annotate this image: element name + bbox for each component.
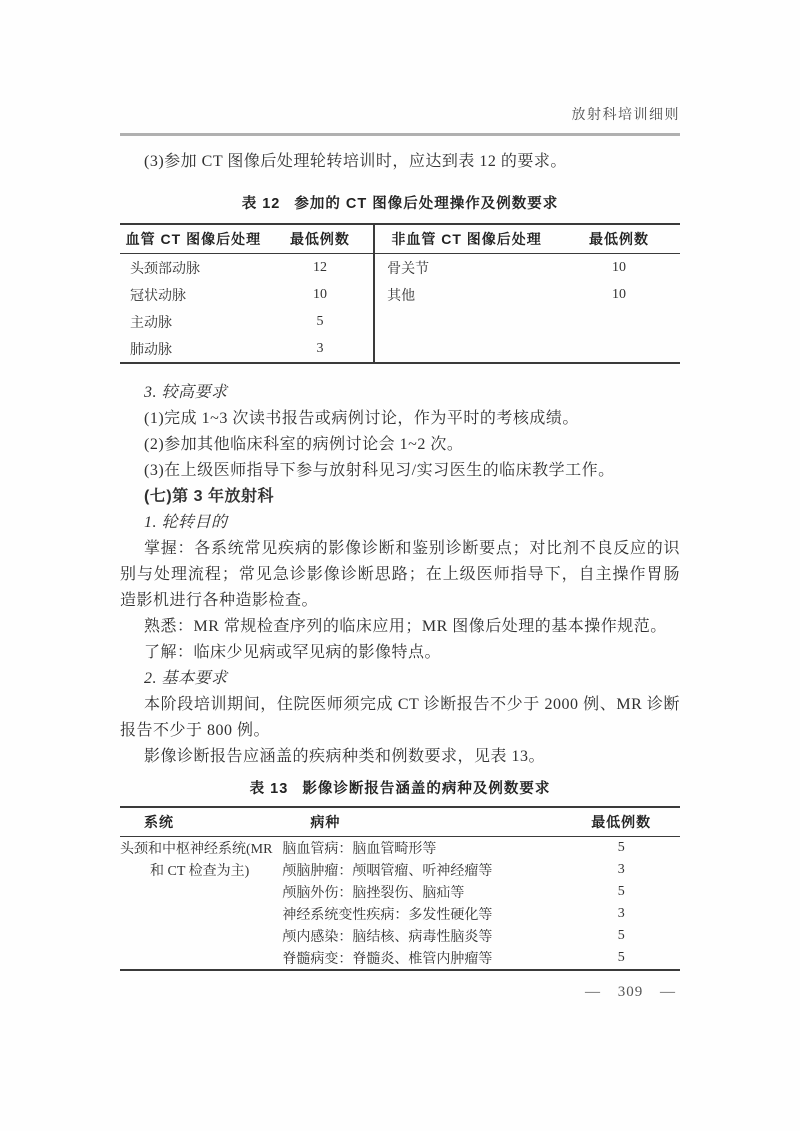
table12-right-header-name: 非血管 CT 图像后处理	[375, 229, 558, 249]
heading-higher-requirements: 3. 较高要求	[120, 380, 680, 406]
row-count: 10	[558, 287, 680, 303]
row-name: 头颈部动脉	[120, 258, 267, 278]
table12-title-label: 表 12	[242, 196, 281, 212]
row-count: 3	[267, 341, 373, 357]
page-content: 放射科培训细则 (3)参加 CT 图像后处理轮转培训时，应达到表 12 的要求。…	[120, 0, 680, 1001]
table12-vascular-half: 血管 CT 图像后处理 最低例数 头颈部动脉 12 冠状动脉 10 主动脉 5 …	[120, 225, 373, 362]
table12-title: 表 12参加的 CT 图像后处理操作及例数要求	[120, 192, 680, 213]
table12-nonvascular-half: 非血管 CT 图像后处理 最低例数 骨关节 10 其他 10	[373, 225, 680, 362]
disease-cell: 颅脑外伤：脑挫裂伤、脑疝等	[282, 882, 562, 902]
row-count: 10	[267, 287, 373, 303]
table13-title: 表 13影像诊断报告涵盖的病种及例数要求	[120, 777, 680, 798]
row-name: 肺动脉	[120, 339, 267, 359]
higher-req-item-2: (2)参加其他临床科室的病例讨论会 1~2 次。	[120, 432, 680, 458]
table-row: 和 CT 检查为主) 颅脑肿瘤：颅咽管瘤、听神经瘤等 3	[120, 859, 680, 881]
table12-title-text: 参加的 CT 图像后处理操作及例数要求	[294, 196, 558, 212]
table-row: 肺动脉 3	[120, 335, 373, 362]
row-name: 冠状动脉	[120, 285, 267, 305]
table-row: 骨关节 10	[375, 254, 680, 281]
row-name: 骨关节	[375, 258, 558, 278]
table13-header-min-count: 最低例数	[562, 812, 680, 832]
disease-cell: 神经系统变性疾病：多发性硬化等	[282, 904, 562, 924]
table12-left-header-name: 血管 CT 图像后处理	[120, 229, 267, 249]
page-number: — 309 —	[120, 984, 680, 1001]
table12-left-header-row: 血管 CT 图像后处理 最低例数	[120, 225, 373, 254]
table-13: 系统 病种 最低例数 头颈和中枢神经系统(MR 脑血管病：脑血管畸形等 5 和 …	[120, 806, 680, 971]
count-cell: 3	[562, 906, 680, 922]
table-12: 血管 CT 图像后处理 最低例数 头颈部动脉 12 冠状动脉 10 主动脉 5 …	[120, 223, 680, 364]
higher-req-item-1: (1)完成 1~3 次读书报告或病例讨论，作为平时的考核成绩。	[120, 406, 680, 432]
table13-title-label: 表 13	[250, 781, 289, 797]
count-cell: 5	[562, 928, 680, 944]
table13-header-disease: 病种	[282, 812, 562, 832]
count-cell: 5	[562, 950, 680, 966]
table-row: 其他 10	[375, 281, 680, 308]
table-row: 头颈部动脉 12	[120, 254, 373, 281]
system-cell: 头颈和中枢神经系统(MR	[120, 838, 282, 858]
table12-right-header-row: 非血管 CT 图像后处理 最低例数	[375, 225, 680, 254]
table-row: 颅内感染：脑结核、病毒性脑炎等 5	[120, 925, 680, 947]
system-cell: 和 CT 检查为主)	[120, 860, 282, 880]
table13-header-system: 系统	[120, 812, 282, 832]
paragraph-basic-requirements: 本阶段培训期间，住院医师须完成 CT 诊断报告不少于 2000 例、MR 诊断报…	[120, 692, 680, 744]
paragraph-understand: 了解：临床少见病或罕见病的影像特点。	[120, 640, 680, 666]
disease-cell: 颅脑肿瘤：颅咽管瘤、听神经瘤等	[282, 860, 562, 880]
table13-title-text: 影像诊断报告涵盖的病种及例数要求	[302, 781, 550, 797]
table13-header-row: 系统 病种 最低例数	[120, 808, 680, 837]
count-cell: 5	[562, 840, 680, 856]
heading-rotation-purpose: 1. 轮转目的	[120, 510, 680, 536]
table-row: 颅脑外伤：脑挫裂伤、脑疝等 5	[120, 881, 680, 903]
count-cell: 5	[562, 884, 680, 900]
paragraph-master: 掌握：各系统常见疾病的影像诊断和鉴别诊断要点；对比剂不良反应的识别与处理流程；常…	[120, 536, 680, 614]
table12-left-header-count: 最低例数	[267, 229, 373, 249]
disease-cell: 颅内感染：脑结核、病毒性脑炎等	[282, 926, 562, 946]
table-row: 冠状动脉 10	[120, 281, 373, 308]
disease-cell: 脊髓病变：脊髓炎、椎管内肿瘤等	[282, 948, 562, 968]
table-row: 脊髓病变：脊髓炎、椎管内肿瘤等 5	[120, 947, 680, 969]
row-name: 主动脉	[120, 312, 267, 332]
heading-year3-radiology: (七)第 3 年放射科	[120, 484, 680, 510]
table-row: 主动脉 5	[120, 308, 373, 335]
body-sections: 3. 较高要求 (1)完成 1~3 次读书报告或病例讨论，作为平时的考核成绩。 …	[120, 380, 680, 770]
intro-paragraph: (3)参加 CT 图像后处理轮转培训时，应达到表 12 的要求。	[120, 149, 680, 175]
count-cell: 3	[562, 862, 680, 878]
table12-right-header-count: 最低例数	[558, 229, 680, 249]
paragraph-coverage: 影像诊断报告应涵盖的疾病种类和例数要求，见表 13。	[120, 744, 680, 770]
table-row: 神经系统变性疾病：多发性硬化等 3	[120, 903, 680, 925]
row-count: 5	[267, 314, 373, 330]
paragraph-familiar: 熟悉：MR 常规检查序列的临床应用；MR 图像后处理的基本操作规范。	[120, 614, 680, 640]
heading-basic-requirements: 2. 基本要求	[120, 666, 680, 692]
table-row: 头颈和中枢神经系统(MR 脑血管病：脑血管畸形等 5	[120, 837, 680, 859]
document-page: 放射科培训细则 (3)参加 CT 图像后处理轮转培训时，应达到表 12 的要求。…	[0, 0, 800, 1131]
disease-cell: 脑血管病：脑血管畸形等	[282, 838, 562, 858]
row-count: 12	[267, 260, 373, 276]
running-header-title: 放射科培训细则	[120, 0, 680, 124]
row-count: 10	[558, 260, 680, 276]
higher-req-item-3: (3)在上级医师指导下参与放射科见习/实习医生的临床教学工作。	[120, 458, 680, 484]
header-rule	[120, 133, 680, 136]
row-name: 其他	[375, 285, 558, 305]
